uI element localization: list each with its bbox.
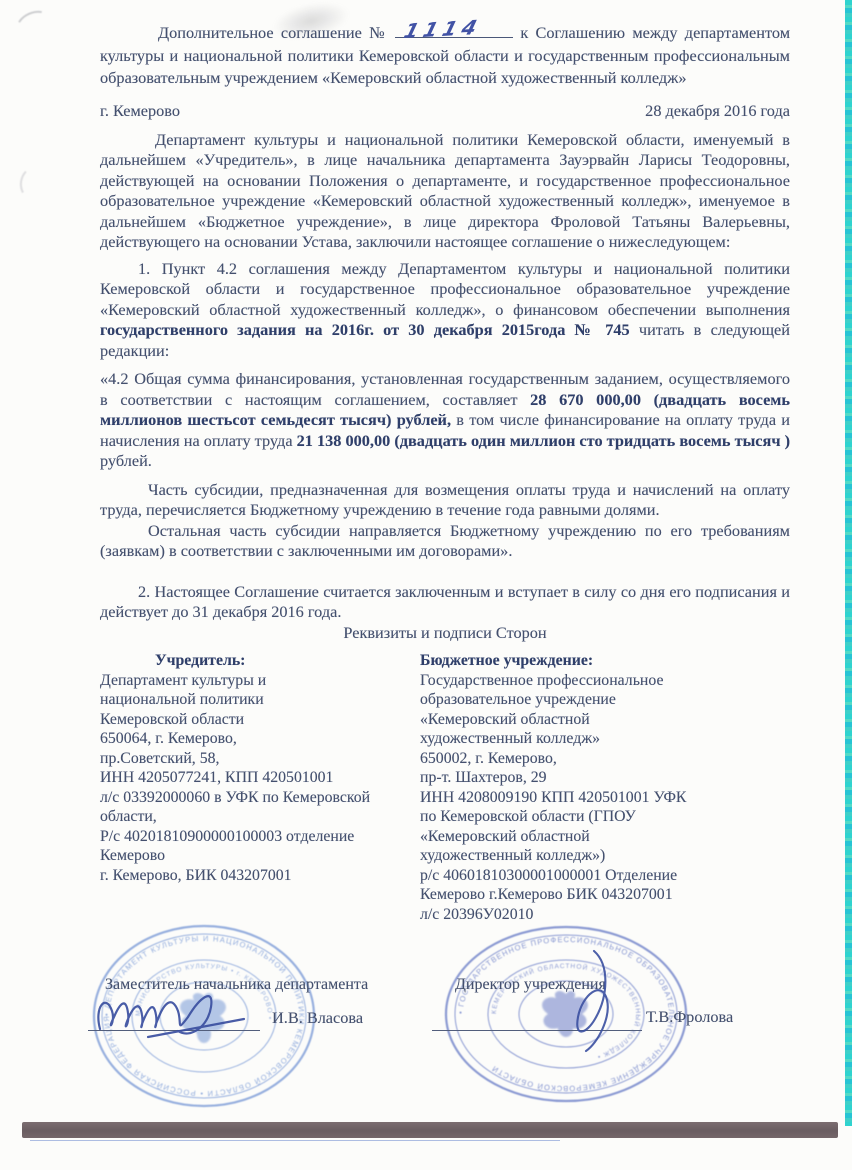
founder-handwritten-signature bbox=[92, 985, 292, 1047]
founder-line: Р/с 40201810900000100003 отделение bbox=[100, 827, 420, 847]
date-label: 28 декабря 2016 года bbox=[645, 100, 790, 122]
handwritten-agreement-number: 1114 bbox=[401, 16, 484, 42]
agreement-number-underline: 1114 bbox=[395, 23, 513, 38]
scanner-edge-bar bbox=[22, 1122, 838, 1138]
budget-line: 650002, г. Кемерово, bbox=[420, 749, 768, 769]
clause-4-2-salary-sum: 21 138 000,00 (двадцать один миллион сто… bbox=[297, 431, 790, 450]
founder-line: области, bbox=[100, 807, 420, 827]
budget-handwritten-signature bbox=[548, 945, 638, 1057]
scanner-edge-line bbox=[30, 1140, 560, 1141]
budget-line: образовательное учреждение bbox=[420, 690, 768, 710]
founder-line: л/с 03392000060 в УФК по Кемеровской bbox=[100, 788, 420, 808]
preamble-paragraph: Департамент культуры и национальной поли… bbox=[100, 130, 790, 253]
budget-line: ИНН 4208009190 КПП 420501001 УФК bbox=[420, 788, 768, 808]
scanner-cyan-strip bbox=[845, 0, 852, 1126]
founder-line: г. Кемерово, БИК 043207001 bbox=[100, 866, 420, 886]
budget-line: р/с 40601810300001000001 Отделение bbox=[420, 866, 768, 886]
requisites-heading: Реквизиты и подписи Сторон bbox=[100, 623, 790, 644]
budget-heading: Бюджетное учреждение: bbox=[420, 651, 768, 671]
founder-line: 650064, г. Кемерово, bbox=[100, 729, 420, 749]
budget-line: пр-т. Шахтеров, 29 bbox=[420, 768, 768, 788]
founder-line: национальной политики bbox=[100, 690, 420, 710]
budget-line: художественный колледж» bbox=[420, 729, 768, 749]
clause-1-bold: государственного задания на 2016г. от 30… bbox=[100, 320, 630, 339]
budget-line: Государственное профессиональное bbox=[420, 671, 768, 691]
budget-line: «Кемеровский областной bbox=[420, 827, 768, 847]
subsidy-paragraph-2: Остальная часть субсидии направляется Бю… bbox=[100, 521, 790, 562]
clause-1-paragraph: 1. Пункт 4.2 соглашения между Департамен… bbox=[100, 259, 790, 362]
founder-line: ИНН 4205077241, КПП 420501001 bbox=[100, 768, 420, 788]
founder-line: Кемеровской области bbox=[100, 710, 420, 730]
budget-line: л/с 20396У02010 bbox=[420, 905, 768, 925]
budget-line: по Кемеровской области (ГПОУ bbox=[420, 807, 768, 827]
clause-4-2-text-end: рублей. bbox=[100, 451, 152, 470]
document-title: Дополнительное соглашение № 1114 к Согла… bbox=[100, 22, 790, 90]
clause-2-paragraph: 2. Настоящее Соглашение считается заключ… bbox=[100, 582, 790, 623]
city-label: г. Кемерово bbox=[100, 100, 180, 122]
document-body: Дополнительное соглашение № 1114 к Согла… bbox=[0, 0, 852, 924]
budget-line: Кемерово г.Кемерово БИК 043207001 bbox=[420, 885, 768, 905]
budget-institution-column: Бюджетное учреждение: Государственное пр… bbox=[420, 651, 768, 924]
subsidy-paragraph-1: Часть субсидии, предназначенная для возм… bbox=[100, 480, 790, 521]
founder-column: Учредитель: Департамент культуры и нацио… bbox=[100, 651, 420, 924]
founder-line: пр.Советский, 58, bbox=[100, 749, 420, 769]
budget-signatory-name: Т.В.Фролова bbox=[646, 1007, 733, 1027]
budget-line: «Кемеровский областной bbox=[420, 710, 768, 730]
budget-line: художественный колледж») bbox=[420, 846, 768, 866]
founder-heading: Учредитель: bbox=[100, 651, 420, 671]
requisites-columns: Учредитель: Департамент культуры и нацио… bbox=[100, 651, 790, 924]
clause-1-text: 1. Пункт 4.2 соглашения между Департамен… bbox=[100, 259, 790, 319]
scanned-document-page: Дополнительное соглашение № 1114 к Согла… bbox=[0, 0, 852, 1170]
city-date-row: г. Кемерово 28 декабря 2016 года bbox=[100, 100, 790, 122]
clause-4-2-paragraph: «4.2 Общая сумма финансирования, установ… bbox=[100, 369, 790, 472]
founder-line: Департамент культуры и bbox=[100, 671, 420, 691]
founder-line: Кемерово bbox=[100, 846, 420, 866]
